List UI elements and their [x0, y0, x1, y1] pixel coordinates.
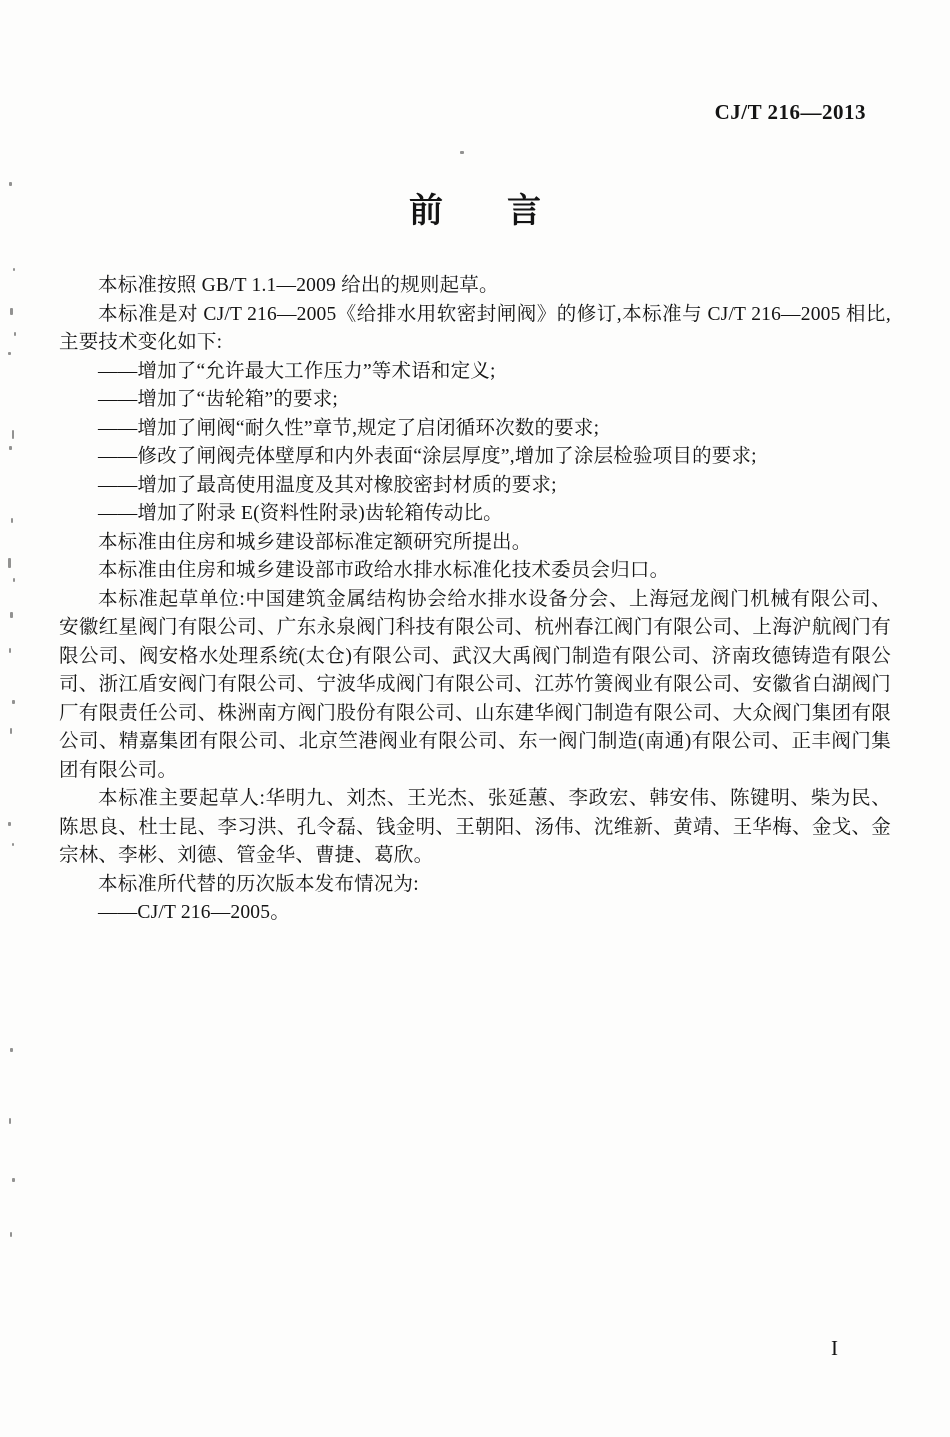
scan-noise	[9, 182, 12, 186]
scan-noise	[8, 352, 11, 355]
scan-noise	[12, 430, 14, 439]
scanned-document-page: { "header": { "doc_number": "CJ/T 216—20…	[0, 0, 950, 1437]
scan-noise	[10, 1048, 13, 1052]
foreword-body: 本标准按照 GB/T 1.1—2009 给出的规则起草。本标准是对 CJ/T 2…	[59, 272, 891, 928]
paragraph: ——增加了“齿轮箱”的要求;	[59, 386, 891, 415]
paragraph: ——增加了附录 E(资料性附录)齿轮箱传动比。	[59, 500, 891, 529]
scan-noise	[12, 843, 14, 846]
scan-noise	[12, 1178, 15, 1182]
scan-noise	[10, 728, 12, 734]
scan-noise	[13, 578, 15, 582]
paragraph: ——增加了“允许最大工作压力”等术语和定义;	[59, 358, 891, 387]
scan-noise	[11, 518, 13, 523]
paragraph: ——增加了闸阀“耐久性”章节,规定了启闭循环次数的要求;	[59, 415, 891, 444]
scan-noise	[9, 648, 11, 653]
paragraph: 本标准由住房和城乡建设部标准定额研究所提出。	[59, 529, 891, 558]
scan-noise	[10, 612, 13, 618]
scan-noise	[10, 1232, 12, 1237]
scan-noise	[9, 1118, 11, 1124]
paragraph: ——增加了最高使用温度及其对橡胶密封材质的要求;	[59, 472, 891, 501]
scan-noise	[8, 822, 11, 826]
page-number: I	[831, 1336, 838, 1361]
scan-noise	[14, 332, 16, 336]
paragraph: 本标准主要起草人:华明九、刘杰、王光杰、张延蕙、李政宏、韩安伟、陈键明、柴为民、…	[59, 785, 891, 871]
page-title: 前 言	[0, 183, 950, 232]
scan-noise	[13, 268, 15, 271]
paragraph: 本标准是对 CJ/T 216—2005《给排水用软密封闸阀》的修订,本标准与 C…	[59, 301, 891, 358]
scan-noise	[8, 558, 11, 568]
standard-number: CJ/T 216—2013	[715, 100, 866, 125]
paragraph: 本标准所代替的历次版本发布情况为:	[59, 871, 891, 900]
scan-noise	[9, 446, 12, 450]
paragraph: 本标准按照 GB/T 1.1—2009 给出的规则起草。	[59, 272, 891, 301]
paragraph: ——修改了闸阀壳体壁厚和内外表面“涂层厚度”,增加了涂层检验项目的要求;	[59, 443, 891, 472]
page-title-char-left: 前	[409, 183, 443, 232]
scan-noise	[12, 700, 15, 704]
paragraph: 本标准由住房和城乡建设部市政给水排水标准化技术委员会归口。	[59, 557, 891, 586]
scan-noise	[460, 151, 464, 154]
page-title-char-right: 言	[507, 183, 541, 232]
scan-noise	[10, 308, 13, 315]
paragraph: ——CJ/T 216—2005。	[59, 899, 891, 928]
paragraph: 本标准起草单位:中国建筑金属结构协会给水排水设备分会、上海冠龙阀门机械有限公司、…	[59, 586, 891, 786]
